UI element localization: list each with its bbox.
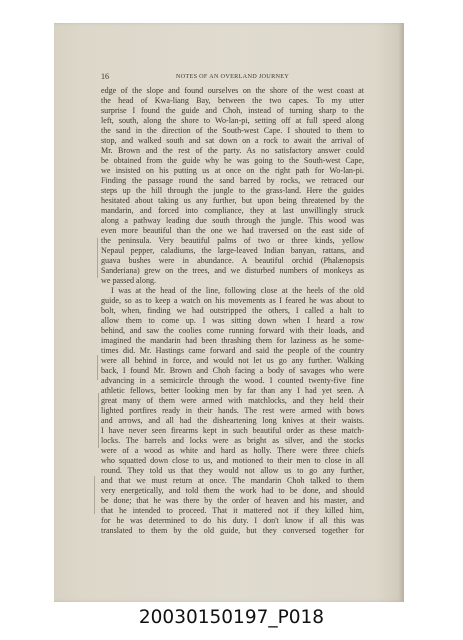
- text-line: behind, and saw the coolies come running…: [101, 326, 364, 336]
- text-line: mandarin, and forced into compliance, th…: [101, 206, 364, 216]
- text-line: allow them to come up. I was sitting dow…: [101, 316, 364, 326]
- text-line: the sand in the direction of the South-w…: [101, 126, 364, 136]
- image-caption: 20030150197_P018: [0, 607, 463, 628]
- page-header: 16 NOTES OF AN OVERLAND JOURNEY: [101, 72, 364, 82]
- margin-pencil-mark: [97, 355, 98, 380]
- text-line: who squatted down close to us, and motio…: [101, 456, 364, 466]
- margin-pencil-mark: [98, 393, 99, 448]
- text-line: locks. The barrels and locks were as bri…: [101, 436, 364, 446]
- margin-pencil-mark: [94, 476, 95, 514]
- text-line: advancing in a semicircle through the wo…: [101, 376, 364, 386]
- text-line: and that we must return at once. The man…: [101, 476, 364, 486]
- text-line: we passed along.: [101, 276, 364, 286]
- text-line: surprise I found the guide and Choh, ins…: [101, 106, 364, 116]
- text-line: were all behind in force, and would not …: [101, 356, 364, 366]
- margin-pencil-mark: [97, 238, 98, 278]
- text-line: imagined the mandarin had been thrashing…: [101, 336, 364, 346]
- text-line: and arrows, and all had the disheartenin…: [101, 416, 364, 426]
- text-line: guava bushes were in abundance. A beauti…: [101, 256, 364, 266]
- running-head: NOTES OF AN OVERLAND JOURNEY: [101, 73, 364, 80]
- body-text: edge of the slope and found ourselves on…: [101, 86, 364, 536]
- text-line: that he intended to proceed. That it mat…: [101, 506, 364, 516]
- text-line: bolt, when, finding we had outstripped t…: [101, 306, 364, 316]
- text-line: edge of the slope and found ourselves on…: [101, 86, 364, 96]
- text-line: Sanderiana) grew on the trees, and we di…: [101, 266, 364, 276]
- text-line: I have never seen firearms kept in such …: [101, 426, 364, 436]
- text-line: Mr. Brown and the rest of the party. As …: [101, 146, 364, 156]
- text-line: for he was determined to do his duty. I …: [101, 516, 364, 526]
- text-line: Finding the passage round the sand barre…: [101, 176, 364, 186]
- text-line: guide, so as to keep a watch on his move…: [101, 296, 364, 306]
- text-line: were of a wood as white and hard as holl…: [101, 446, 364, 456]
- text-line: hesitated about taking us any further, b…: [101, 196, 364, 206]
- text-line: times did. Mr. Hastings came forward and…: [101, 346, 364, 356]
- text-line: translated to them by the old guide, but…: [101, 526, 364, 536]
- text-line: along a pathway leading due south throug…: [101, 216, 364, 226]
- text-line: the head of Kwa-liang Bay, between the t…: [101, 96, 364, 106]
- text-line: even more beautiful than the one we had …: [101, 226, 364, 236]
- text-line: steps up the hill through the jungle to …: [101, 186, 364, 196]
- scanned-book-page: 16 NOTES OF AN OVERLAND JOURNEY edge of …: [54, 23, 404, 602]
- text-line: stop, and walked south and sat down on a…: [101, 136, 364, 146]
- text-line: left, south, along the shore to Wo-lan-p…: [101, 116, 364, 126]
- text-line: lighted portfires ready in their hands. …: [101, 406, 364, 416]
- text-line: be obtained from the guide why he was go…: [101, 156, 364, 166]
- text-line: back, I found Mr. Brown and Choh facing …: [101, 366, 364, 376]
- text-line: I was at the head of the line, following…: [101, 286, 364, 296]
- text-line: athletic fellows, better looking men by …: [101, 386, 364, 396]
- text-line: be done; that he was there by the order …: [101, 496, 364, 506]
- text-line: Nepaul pepper, caladiums, the large-leav…: [101, 246, 364, 256]
- text-line: the peninsula. Very beautiful palms of t…: [101, 236, 364, 246]
- text-line: we insisted on his putting us at once on…: [101, 166, 364, 176]
- text-line: round. They told us that they would not …: [101, 466, 364, 476]
- text-line: very energetically, and told them the wo…: [101, 486, 364, 496]
- text-line: great many of them were armed with match…: [101, 396, 364, 406]
